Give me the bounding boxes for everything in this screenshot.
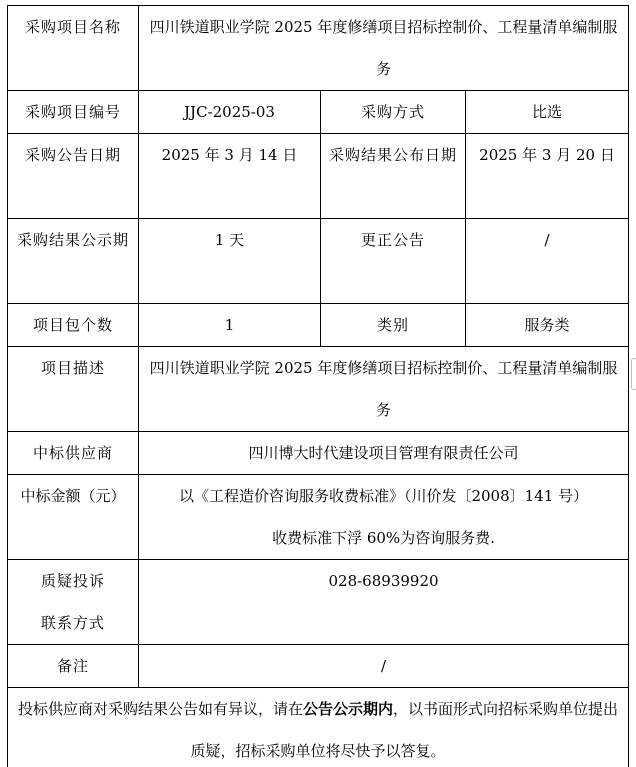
value-remark: / — [139, 645, 629, 688]
objection-notice: 投标供应商对采购结果公告如有异议，请在公告公示期内，以书面形式向招标采购单位提出… — [8, 688, 629, 767]
row-complaint: 质疑投诉 联系方式 028-68939920 — [8, 560, 629, 645]
value-project-name: 四川铁道职业学院 2025 年度修缮项目招标控制价、工程量清单编制服务 — [139, 6, 629, 91]
amount-line-1: 以《工程造价咨询服务收费标准》（川价发〔2008〕141 号） — [141, 475, 626, 517]
notice-text-1: 投标供应商对采购结果公告如有异议，请在 — [18, 700, 303, 718]
label-winner: 中标供应商 — [8, 432, 139, 475]
row-announce-date: 采购公告日期 2025 年 3 月 14 日 采购结果公布日期 2025 年 3… — [8, 134, 629, 219]
row-project-name: 采购项目名称 四川铁道职业学院 2025 年度修缮项目招标控制价、工程量清单编制… — [8, 6, 629, 91]
label-project-no: 采购项目编号 — [8, 91, 139, 134]
row-amount: 中标金额（元） 以《工程造价咨询服务收费标准》（川价发〔2008〕141 号） … — [8, 475, 629, 560]
procurement-result-table: 采购项目名称 四川铁道职业学院 2025 年度修缮项目招标控制价、工程量清单编制… — [7, 5, 629, 767]
label-remark: 备注 — [8, 645, 139, 688]
label-complaint-line-1: 质疑投诉 — [14, 560, 132, 602]
label-complaint: 质疑投诉 联系方式 — [8, 560, 139, 645]
notice-bold-period: 公告公示期内 — [303, 700, 393, 718]
value-description: 四川铁道职业学院 2025 年度修缮项目招标控制价、工程量清单编制服务 — [139, 347, 629, 432]
value-complaint-phone: 028-68939920 — [139, 560, 629, 645]
value-correction-notice: / — [466, 219, 629, 304]
label-amount: 中标金额（元） — [8, 475, 139, 560]
label-publicity-period: 采购结果公示期 — [8, 219, 139, 304]
label-procurement-method: 采购方式 — [321, 91, 466, 134]
amount-line-2: 收费标准下浮 60%为咨询服务费. — [141, 517, 626, 559]
label-result-date: 采购结果公布日期 — [321, 134, 466, 219]
label-package-count: 项目包个数 — [8, 304, 139, 347]
value-result-date: 2025 年 3 月 20 日 — [466, 134, 629, 219]
row-description: 项目描述 四川铁道职业学院 2025 年度修缮项目招标控制价、工程量清单编制服务 — [8, 347, 629, 432]
row-project-no: 采购项目编号 JJC-2025-03 采购方式 比选 — [8, 91, 629, 134]
label-announce-date: 采购公告日期 — [8, 134, 139, 219]
value-winner: 四川博大时代建设项目管理有限责任公司 — [139, 432, 629, 475]
value-package-count: 1 — [139, 304, 321, 347]
row-notice: 投标供应商对采购结果公告如有异议，请在公告公示期内，以书面形式向招标采购单位提出… — [8, 688, 629, 767]
label-project-name: 采购项目名称 — [8, 6, 139, 91]
value-amount: 以《工程造价咨询服务收费标准》（川价发〔2008〕141 号） 收费标准下浮 6… — [139, 475, 629, 560]
side-scroll-handle[interactable] — [631, 358, 636, 390]
label-category: 类别 — [321, 304, 466, 347]
label-complaint-line-2: 联系方式 — [14, 602, 132, 644]
label-correction-notice: 更正公告 — [321, 219, 466, 304]
value-category: 服务类 — [466, 304, 629, 347]
row-winner: 中标供应商 四川博大时代建设项目管理有限责任公司 — [8, 432, 629, 475]
value-announce-date: 2025 年 3 月 14 日 — [139, 134, 321, 219]
row-package-count: 项目包个数 1 类别 服务类 — [8, 304, 629, 347]
value-procurement-method: 比选 — [466, 91, 629, 134]
value-publicity-period: 1 天 — [139, 219, 321, 304]
row-remark: 备注 / — [8, 645, 629, 688]
value-project-no: JJC-2025-03 — [139, 91, 321, 134]
label-description: 项目描述 — [8, 347, 139, 432]
row-publicity-period: 采购结果公示期 1 天 更正公告 / — [8, 219, 629, 304]
